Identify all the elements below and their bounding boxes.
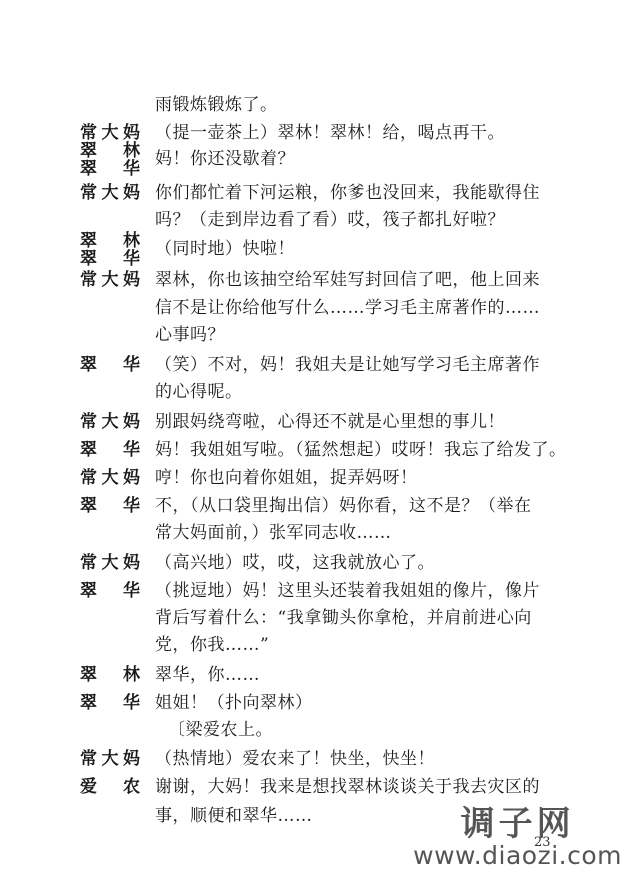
script-line: 翠林 翠华 （同时地）快啦！: [0, 236, 640, 262]
speaker-name: 爱农: [80, 774, 140, 800]
watermark-title: 调子网: [413, 806, 622, 842]
script-line: 党，你我……”: [0, 632, 640, 658]
dialogue-text: 翠华，你……: [155, 662, 260, 688]
script-page: 雨锻炼锻炼了。 常大妈 （提一壶茶上）翠林！翠林！给，喝点再干。 翠林 翠华 妈…: [0, 0, 640, 884]
script-line: 翠华 姐姐！（扑向翠林）: [0, 690, 640, 716]
dialogue-text: 别跟妈绕弯啦，心得还不就是心里想的事儿！: [155, 409, 505, 435]
dialogue-text: 妈！你还没歇着？: [155, 146, 295, 172]
speaker-name: 常大妈: [80, 746, 140, 772]
dialogue-text: 妈！我姐姐写啦。（猛然想起）哎呀！我忘了给发了。: [155, 437, 567, 463]
speaker-name: 翠华: [80, 352, 140, 378]
speaker-name: 翠华: [80, 578, 140, 604]
dialogue-text: 不，（从口袋里掏出信）妈你看，这不是？（举在: [155, 493, 532, 519]
dialogue-text: （笑）不对，妈！我姐夫是让她写学习毛主席著作: [155, 352, 540, 378]
dialogue-text: 姐姐！（扑向翠林）: [155, 690, 313, 716]
dialogue-text: 雨锻炼锻炼了。: [155, 92, 278, 118]
script-line: 常大妈 别跟妈绕弯啦，心得还不就是心里想的事儿！: [0, 409, 640, 435]
script-line: 翠华 不，（从口袋里掏出信）妈你看，这不是？（举在: [0, 493, 640, 519]
dialogue-text: （同时地）快啦！: [155, 236, 295, 262]
script-line: 翠林 翠华，你……: [0, 662, 640, 688]
dialogue-text: 谢谢，大妈！我来是想找翠林谈谈关于我去灾区的: [155, 774, 540, 800]
script-line: 的心得呢。: [0, 379, 640, 405]
dialogue-text: 哼！你也向着你姐姐，捉弄妈呀！: [155, 465, 418, 491]
script-line: 常大妈 你们都忙着下河运粮，你爹也没回来，我能歇得住: [0, 180, 640, 206]
speaker-name: 翠华: [80, 690, 140, 716]
script-line: 翠华 （笑）不对，妈！我姐夫是让她写学习毛主席著作: [0, 352, 640, 378]
script-line: 常大妈面前，）张军同志收……: [0, 520, 640, 546]
speaker-name: 常大妈: [80, 180, 140, 206]
dialogue-text: 背后写着什么：“我拿锄头你拿枪，并肩前进心向: [155, 605, 532, 631]
script-line: 常大妈 翠林，你也该抽空给军娃写封回信了吧，他上回来: [0, 267, 640, 293]
dialogue-text: 常大妈面前，）张军同志收……: [155, 520, 392, 546]
script-line: 背后写着什么：“我拿锄头你拿枪，并肩前进心向: [0, 605, 640, 631]
stage-direction-line: 〔梁爱农上。: [0, 717, 640, 743]
speaker-name: 常大妈: [80, 409, 140, 435]
script-line: 吗？（走到岸边看了看）哎，筏子都扎好啦？: [0, 207, 640, 233]
stage-direction-text: 〔梁爱农上。: [168, 717, 273, 743]
script-line: 爱农 谢谢，大妈！我来是想找翠林谈谈关于我去灾区的: [0, 774, 640, 800]
watermark-url: www.diaozi.com: [413, 842, 622, 870]
script-line: 翠华 （挑逗地）妈！这里头还装着我姐姐的像片，像片: [0, 578, 640, 604]
dialogue-text: （提一壶茶上）翠林！翠林！给，喝点再干。: [155, 120, 505, 146]
speaker-name: 翠林: [80, 662, 140, 688]
dialogue-text: （挑逗地）妈！这里头还装着我姐姐的像片，像片: [155, 578, 540, 604]
speaker-name: 翠林 翠华: [80, 142, 140, 178]
watermark: 调子网 www.diaozi.com: [413, 806, 622, 870]
dialogue-text: 翠林，你也该抽空给军娃写封回信了吧，他上回来: [155, 267, 540, 293]
dialogue-text: （高兴地）哎，哎，这我就放心了。: [155, 550, 435, 576]
dialogue-text: 信不是让你给他写什么……学习毛主席著作的……: [155, 295, 540, 321]
speaker-name: 常大妈: [80, 465, 140, 491]
script-line: 翠华 妈！我姐姐写啦。（猛然想起）哎呀！我忘了给发了。: [0, 437, 640, 463]
script-line: 常大妈 （高兴地）哎，哎，这我就放心了。: [0, 550, 640, 576]
script-line: 信不是让你给他写什么……学习毛主席著作的……: [0, 295, 640, 321]
speaker-name: 翠华: [80, 493, 140, 519]
dialogue-text: 的心得呢。: [155, 379, 243, 405]
script-line: 常大妈 （热情地）爱农来了！快坐，快坐！: [0, 746, 640, 772]
dialogue-text: 吗？（走到岸边看了看）哎，筏子都扎好啦？: [155, 207, 505, 233]
speaker-name: 常大妈: [80, 267, 140, 293]
speaker-name: 翠林 翠华: [80, 232, 140, 268]
dialogue-text: 党，你我……”: [155, 632, 269, 658]
dialogue-text: 你们都忙着下河运粮，你爹也没回来，我能歇得住: [155, 180, 540, 206]
script-line: 心事吗？: [0, 322, 640, 348]
script-line: 常大妈 哼！你也向着你姐姐，捉弄妈呀！: [0, 465, 640, 491]
speaker-name: 翠华: [80, 437, 140, 463]
dialogue-text: 事，顺便和翠华……: [155, 803, 313, 829]
dialogue-text: （热情地）爱农来了！快坐，快坐！: [155, 746, 435, 772]
dialogue-text: 心事吗？: [155, 322, 225, 348]
speaker-name: 常大妈: [80, 550, 140, 576]
script-line: 翠林 翠华 妈！你还没歇着？: [0, 146, 640, 172]
script-line: 雨锻炼锻炼了。: [0, 92, 640, 118]
